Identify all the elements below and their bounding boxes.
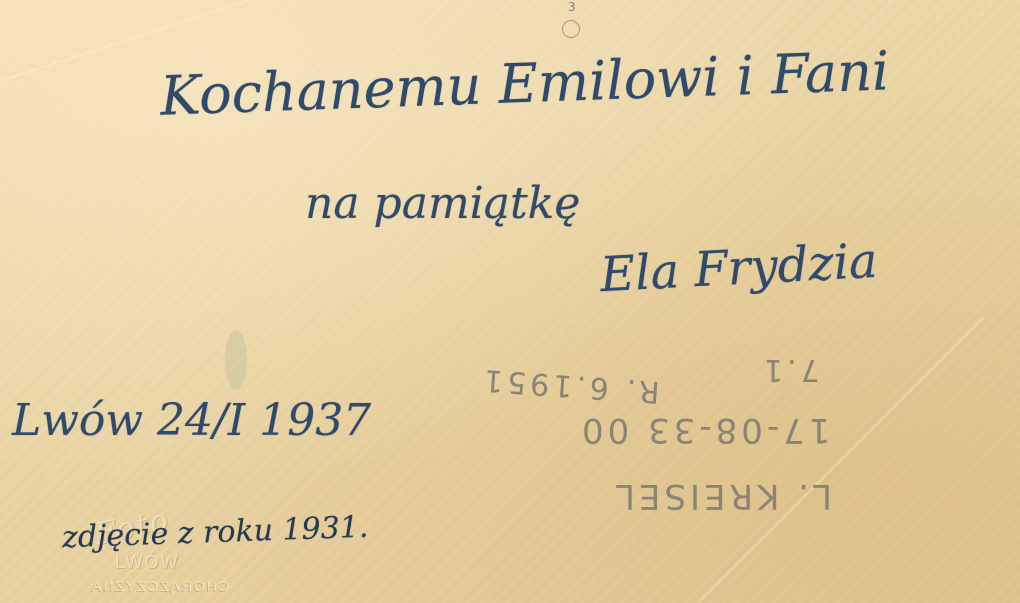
paper-crease (699, 317, 983, 601)
signature: Ela Frydzia (599, 233, 879, 303)
place-date: Lwów 24/I 1937 (12, 395, 371, 446)
pencil-note-short: 7.1 (760, 352, 820, 387)
stain (225, 330, 247, 390)
round-stamp-icon (562, 20, 580, 38)
pencil-note-number: 17-08-33 00 (578, 410, 830, 450)
studio-emboss-city: LWÓW (115, 552, 180, 573)
pencil-note-date: R. 6.1951 (479, 362, 661, 409)
studio-emboss-street: CHORĄŻCZYZNA (90, 578, 229, 594)
dedication-line-1: Kochanemu Emilowi i Fani (159, 39, 890, 127)
pencil-note-name: L. KREISEL (612, 476, 832, 516)
dedication-line-2: na pamiątkę (305, 178, 580, 229)
postcard-back: 3 Kochanemu Emilowi i Fani na pamiątkę E… (0, 0, 1020, 603)
pencil-number-mark: 3 (568, 0, 576, 14)
